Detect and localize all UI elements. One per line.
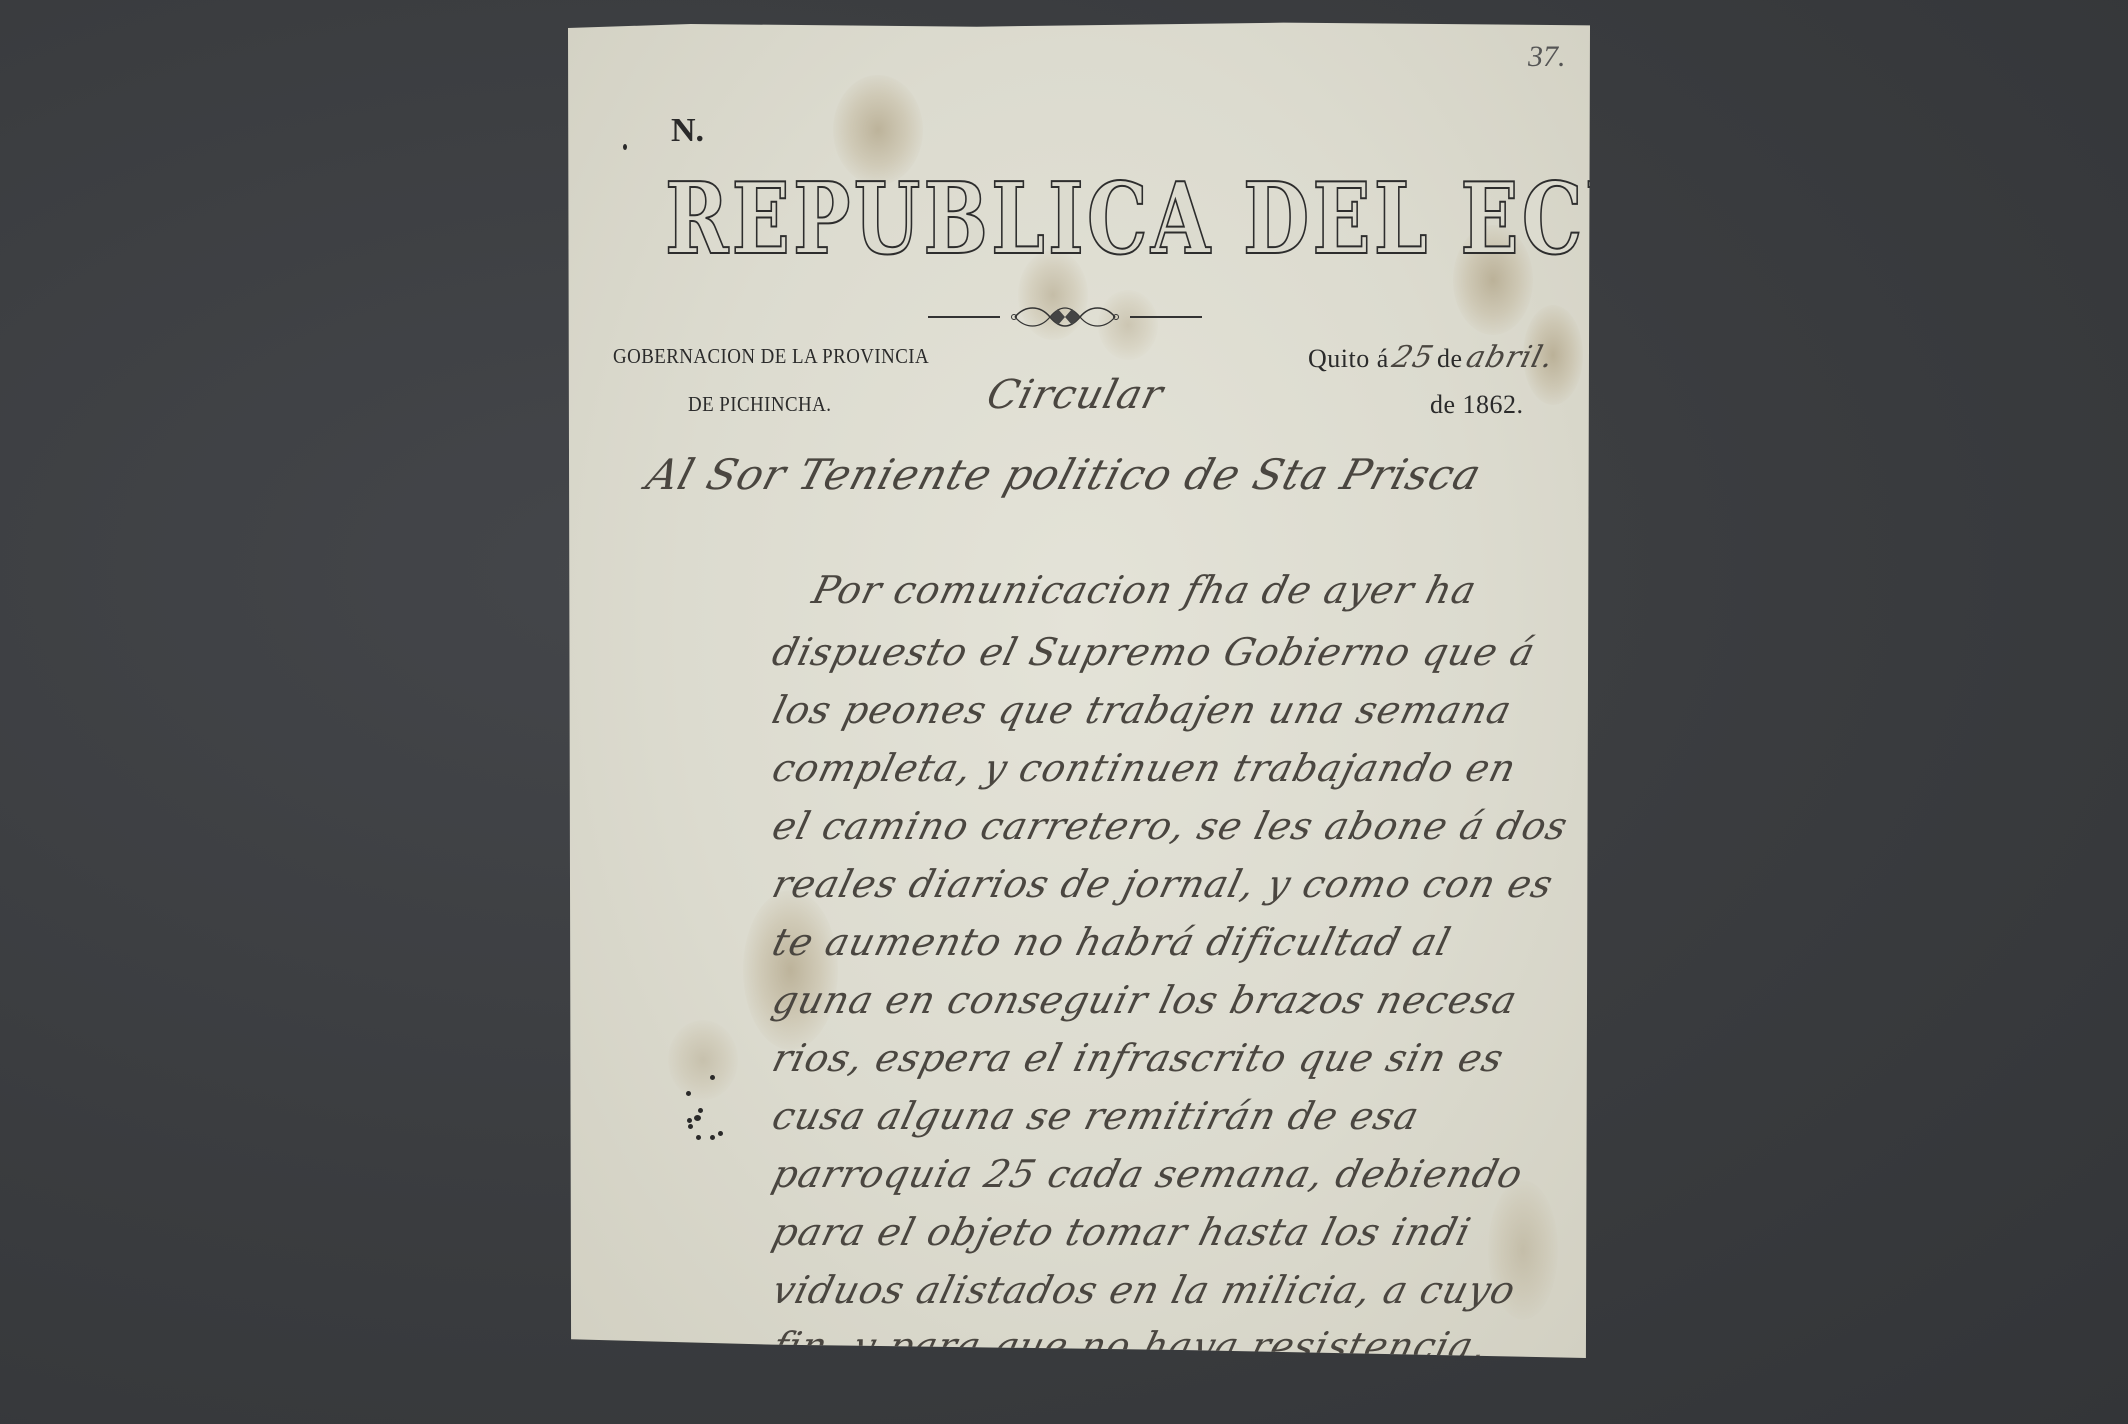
flourish-icon [1010,303,1120,331]
issuer-line-2: DE PICHINCHA. [688,392,831,417]
salutation: Al Sor Teniente politico de Sta Prisca [641,450,1487,499]
ornamental-divider [928,303,1202,331]
letterhead-title: REPUBLICA DEL ECUADOR. [665,162,1951,277]
issuer-line-1: GOBERNACION DE LA PROVINCIA [613,344,929,369]
document-page: 37. N. REPUBLICA DEL ECUADOR. GOBERNACIO… [568,20,1590,1358]
date-day: 25 [1388,340,1437,375]
body-line: te aumento no habrá dificultad al [768,920,1456,964]
body-line: los peones que trabajen una semana [768,688,1517,732]
document-type: Circular [982,372,1168,418]
body-line: reales diarios de jornal, y como con es [768,862,1558,906]
date-line-1: Quito á 25 de abril. [1308,340,1553,375]
date-year: de 1862. [1430,390,1524,420]
body-line: fin, y para que no haya resistencia, [768,1324,1492,1368]
date-de: de [1437,344,1463,374]
water-stain [743,890,838,1050]
body-line: viduos alistados en la milicia, a cuyo [768,1268,1521,1312]
date-month: abril. [1462,340,1557,375]
body-line: rios, espera el infrascrito que sin es [768,1036,1509,1080]
body-line: se dirije una circular á los jefes de [768,1380,1480,1424]
water-stain [668,1020,738,1100]
body-line: Por comunicacion fha de ayer ha [808,568,1481,612]
date-city: Quito á [1308,344,1389,374]
body-line: cusa alguna se remitirán de esa [768,1094,1424,1138]
body-line: parroquia 25 cada semana, debiendo [768,1152,1528,1196]
folio-number: 37. [1528,40,1566,74]
number-label: N. [671,112,704,150]
body-line: completa, y continuen trabajando en [768,746,1521,790]
body-line: dispuesto el Supremo Gobierno que á [768,630,1540,674]
body-line: el camino carretero, se les abone á dos [768,804,1573,848]
body-line: para el objeto tomar hasta los indi [768,1210,1476,1254]
body-line: guna en conseguir los brazos necesa [768,978,1522,1022]
